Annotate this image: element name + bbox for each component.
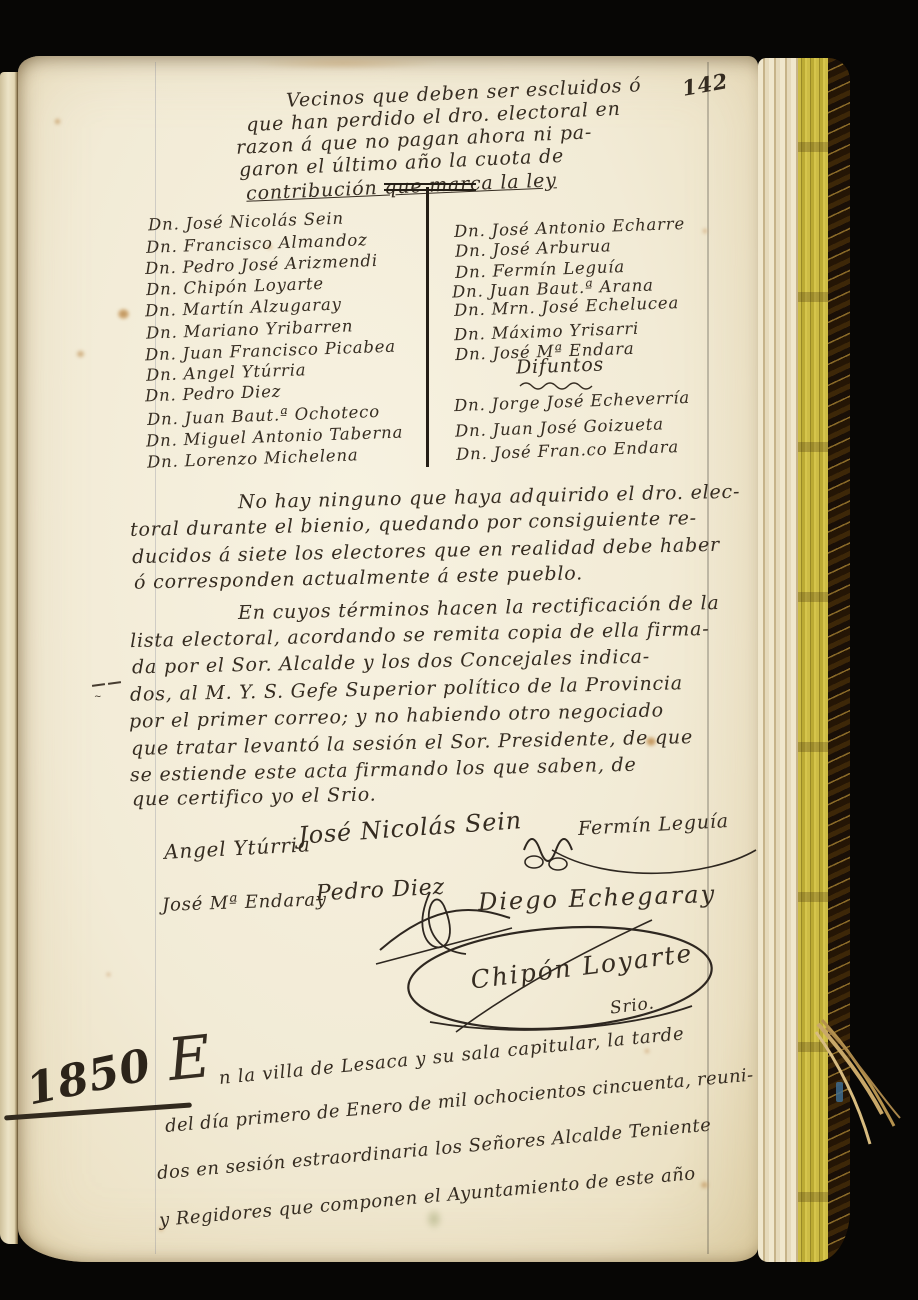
difuntos-name: Dn. Juan José Goizueta <box>455 414 664 440</box>
margin-dash-mark <box>92 683 105 687</box>
signature: José Mª Endaray <box>162 889 327 916</box>
column-divider-stem <box>426 187 429 467</box>
foxing-spot <box>106 972 111 977</box>
difuntos-name: Dn. José Fran.co Endara <box>456 437 680 464</box>
paragraph1-line: ó corresponden actualmente á este pueblo… <box>134 562 583 593</box>
bookmark-tassel <box>812 1018 912 1163</box>
difuntos-name: Dn. Jorge José Echeverría <box>454 388 691 415</box>
signature: Diego Echegaray <box>478 880 717 916</box>
signature-underline-flourish <box>548 842 763 882</box>
paragraph2-line: se estiende este acta firmando los que s… <box>130 754 637 787</box>
entry-initial-capital: E <box>165 1022 215 1094</box>
difuntos-underline-flourish <box>518 381 610 391</box>
column-divider-bar <box>384 183 476 191</box>
margin-dash-mark <box>108 681 121 685</box>
roster-name-left: Dn. José Nicolás Sein <box>148 209 344 235</box>
signature: Angel Ytúrria <box>163 832 311 864</box>
roster-name-right: Dn. José Arburua <box>455 236 612 260</box>
manuscript-photo: 142 Vecinos que deben ser escluidos ó qu… <box>0 0 918 1300</box>
folio-number: 142 <box>680 68 730 101</box>
roster-name-left: Dn. Martín Alzugaray <box>145 295 342 321</box>
foxing-spot <box>248 56 438 70</box>
ink-smudge <box>425 1208 443 1230</box>
foxing-spot <box>118 309 129 319</box>
manuscript-page: 142 Vecinos que deben ser escluidos ó qu… <box>18 56 758 1262</box>
foxing-spot <box>644 1048 650 1054</box>
foxing-spot <box>54 118 61 125</box>
page-edges-band <box>758 58 798 1262</box>
margin-year-1850: 1850 <box>22 1039 156 1115</box>
facing-page-edge <box>0 72 18 1244</box>
difuntos-heading: Difuntos <box>516 353 605 378</box>
paragraph2-line: que certifico yo el Srio. <box>132 783 377 810</box>
foxing-spot <box>76 350 85 358</box>
foxing-spot <box>700 1181 709 1189</box>
paragraph2-line: da por el Sor. Alcalde y los dos Conceja… <box>132 646 650 679</box>
signature: José Nicolás Sein <box>297 806 523 850</box>
foxing-spot <box>702 228 708 234</box>
roster-name-left: Dn. Pedro Diez <box>145 382 282 406</box>
roster-name-left: Dn. Angel Ytúrria <box>146 360 307 385</box>
margin-squiggle-mark: ~ <box>94 692 102 702</box>
